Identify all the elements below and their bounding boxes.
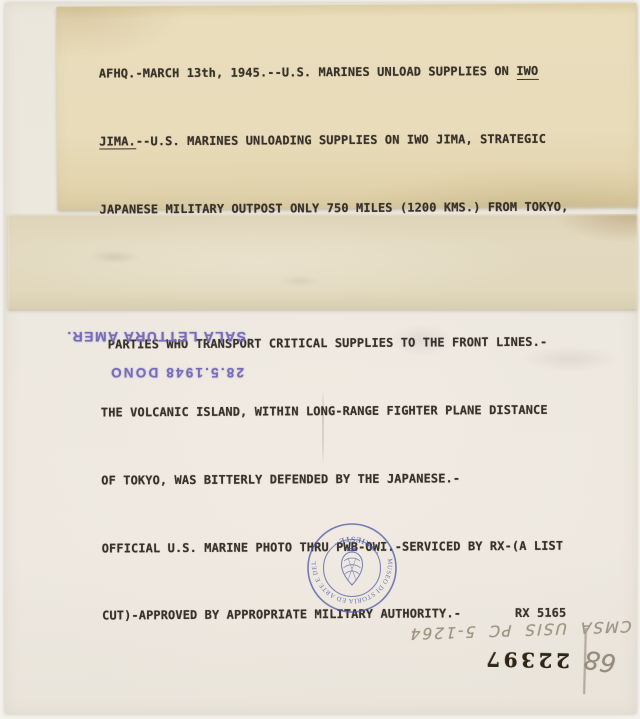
- caption-underlined-text: JIMA.: [99, 134, 136, 150]
- caption-line: JIMA.--U.S. MARINES UNLOADING SUPPLIES O…: [99, 127, 619, 153]
- caption-line: AFHQ.-MARCH 13th, 1945.--U.S. MARINES UN…: [99, 60, 619, 86]
- svg-text:MUSEO DI STORIA ED ARTE E DEL: MUSEO DI STORIA ED ARTE E DEL RISORGIMEN…: [311, 558, 400, 616]
- caption-slip-blank-band: [8, 214, 637, 309]
- round-stamp-graphic: MUSEO DI STORIA ED ARTE E DEL RISORGIMEN…: [304, 520, 400, 616]
- stamp-room-line: SALA LETTURA AMER.: [64, 327, 252, 345]
- round-museum-stamp: MUSEO DI STORIA ED ARTE E DEL RISORGIMEN…: [304, 520, 400, 616]
- purple-library-stamp: 28.5.1948 DONO SALA LETTURA AMER.: [64, 318, 252, 380]
- pencil-corner-number: 68: [582, 632, 620, 678]
- pinecone-emblem-icon: [342, 549, 363, 586]
- caption-underlined-text: IWO: [516, 64, 538, 80]
- scanned-photo-verso: AFHQ.-MARCH 13th, 1945.--U.S. MARINES UN…: [0, 0, 640, 719]
- caption-line: OF TOKYO, WAS BITTERLY DEFENDED BY THE J…: [101, 466, 621, 492]
- caption-line: THE VOLCANIC ISLAND, WITHIN LONG-RANGE F…: [101, 398, 621, 424]
- caption-slip: AFHQ.-MARCH 13th, 1945.--U.S. MARINES UN…: [56, 3, 637, 210]
- inventory-number-stamp: 22397: [492, 643, 570, 672]
- faint-mark: [88, 250, 140, 264]
- caption-text: --U.S. MARINES UNLOADING SUPPLIES ON IWO…: [136, 132, 546, 149]
- stamp-date-line: 28.5.1948 DONO: [64, 362, 252, 380]
- faint-mark: [280, 275, 320, 287]
- caption-text: AFHQ.-MARCH 13th, 1945.--U.S. MARINES UN…: [99, 64, 517, 81]
- stamp-ring-text: MUSEO DI STORIA ED ARTE E DEL RISORGIMEN…: [311, 558, 400, 616]
